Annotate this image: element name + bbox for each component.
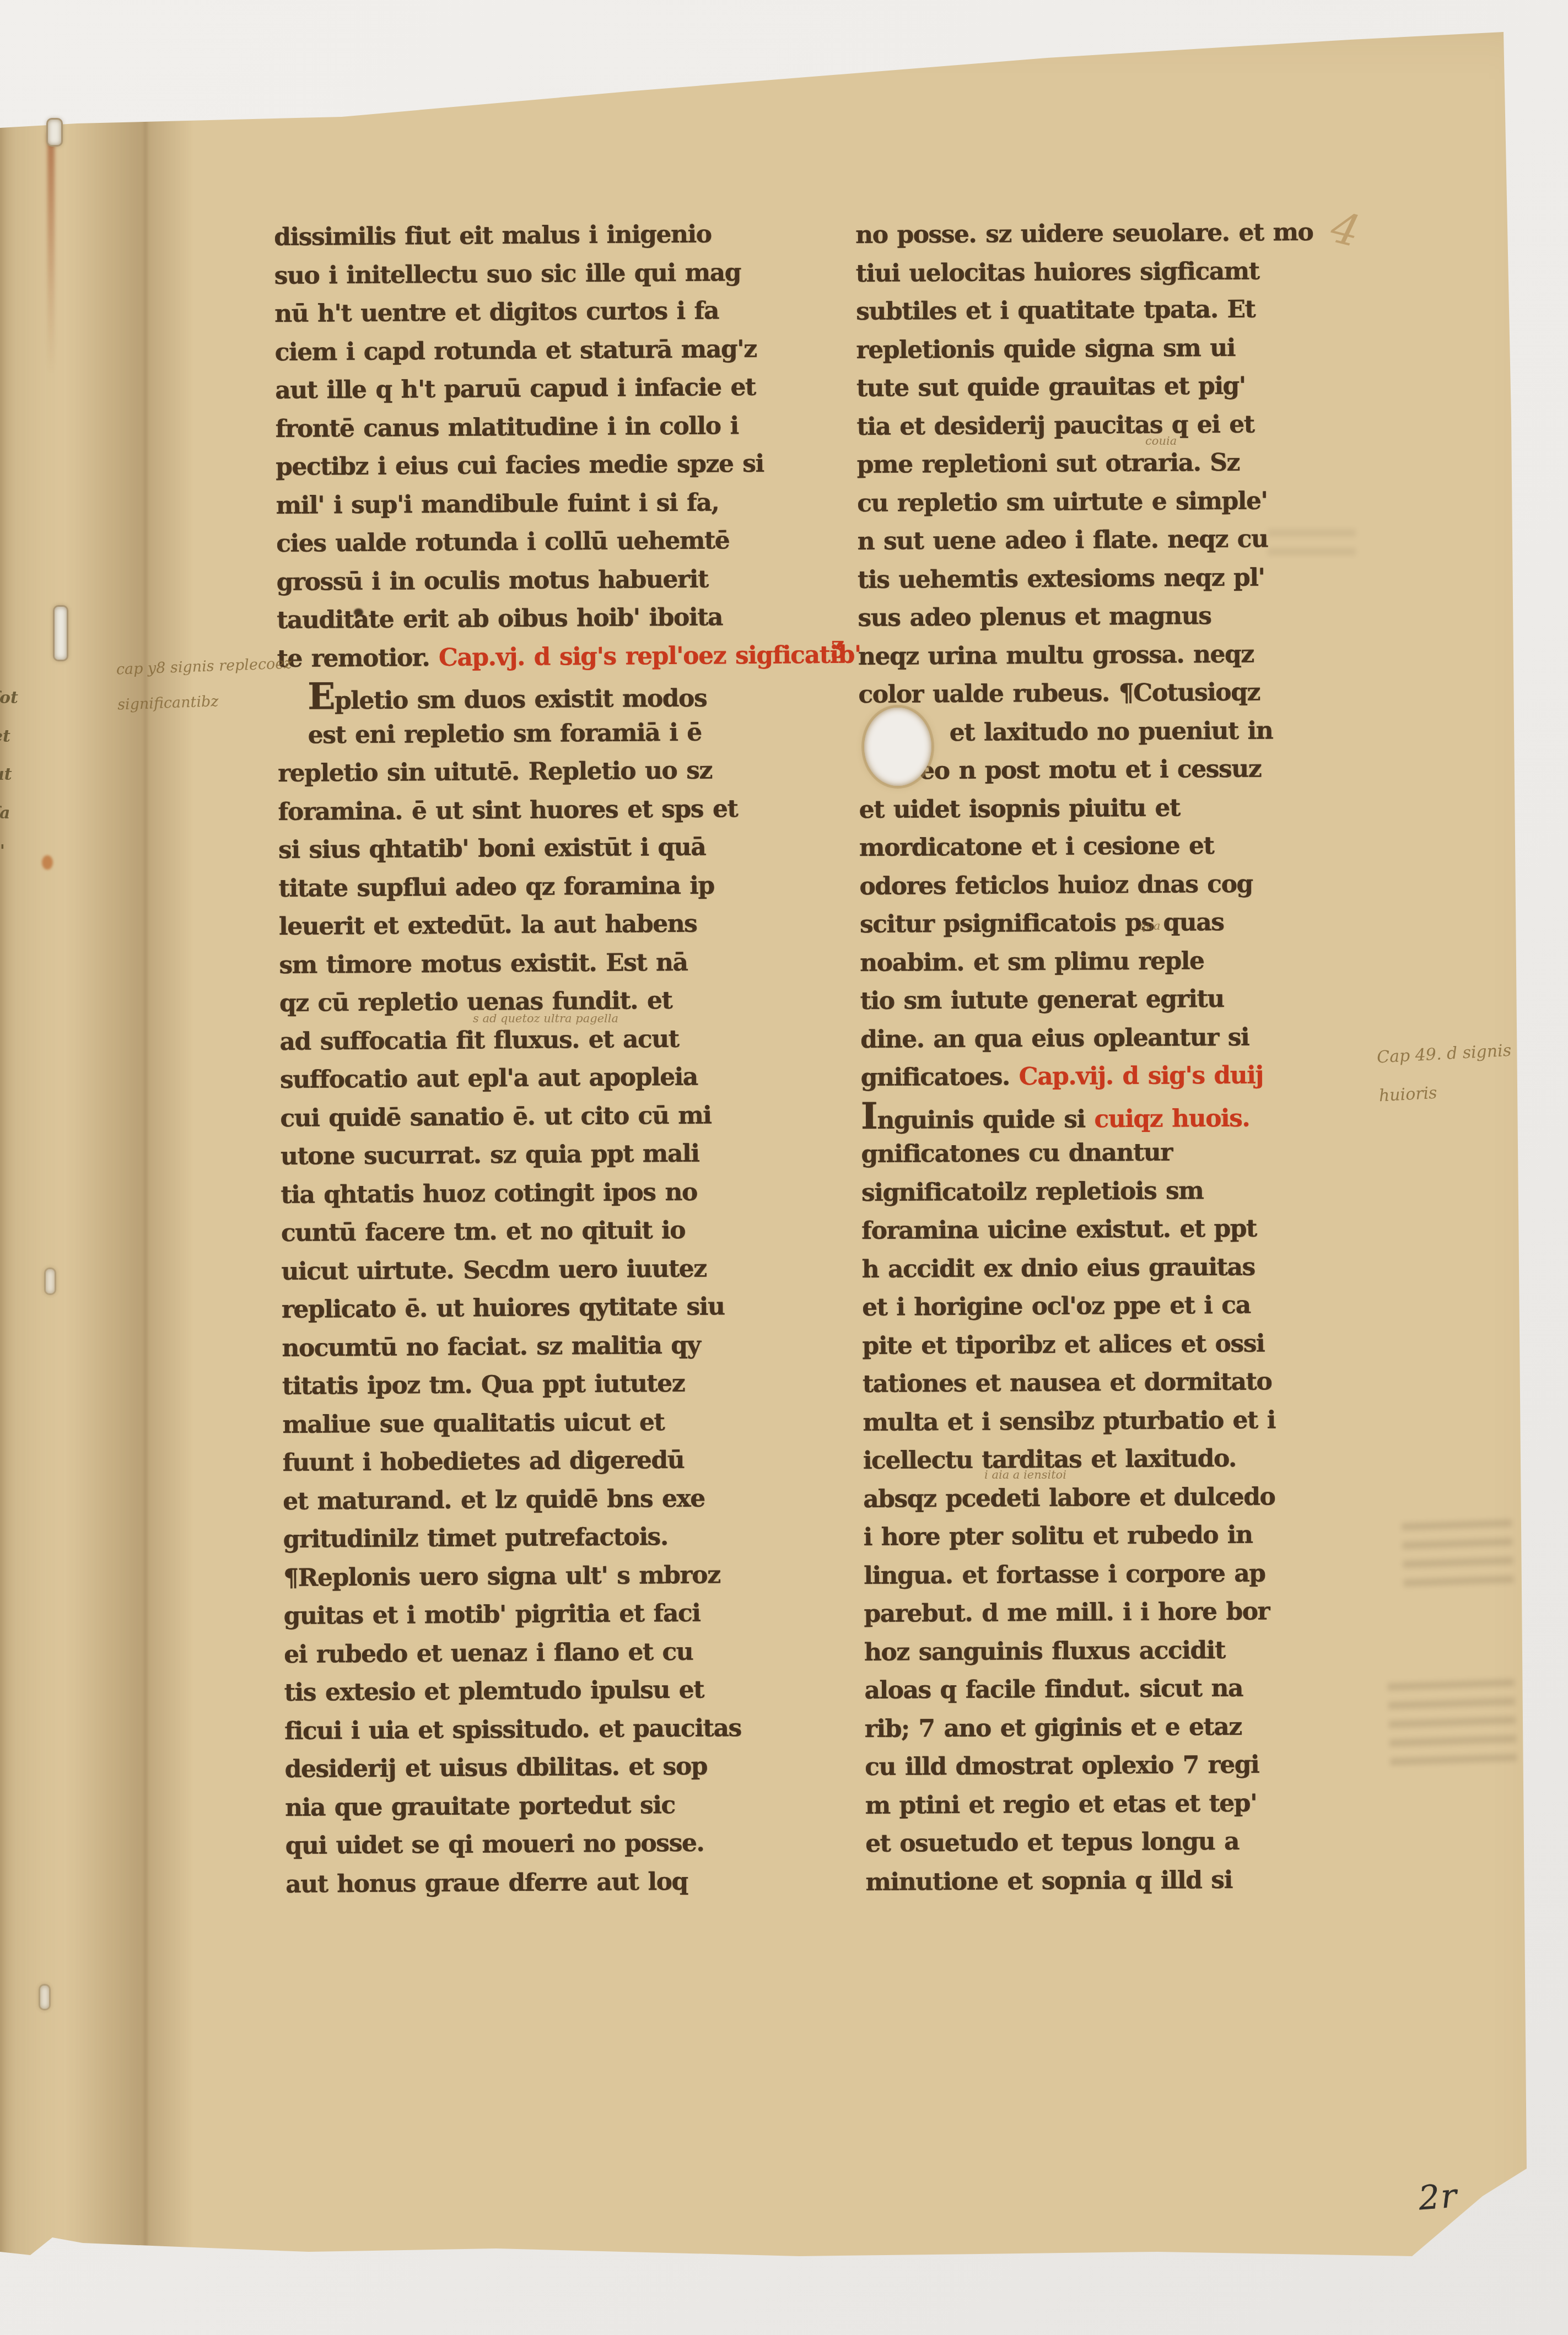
text-line: mordicatone et i cesione et <box>859 826 1410 867</box>
text-line: cu repletio sm uirtute e simple' <box>857 481 1408 522</box>
gutter-crease-line <box>144 118 147 2251</box>
text-line: n sut uene adeo i flate. neqz cu <box>857 519 1408 561</box>
text-line: fa <box>0 794 18 833</box>
text-line: gritudinilz timet putrefactois. <box>283 1517 861 1559</box>
text-line: ficui i uia et spissitudo. et paucitas <box>284 1708 863 1750</box>
text-line: cies ualde rotunda i collū uehemtē <box>276 521 855 563</box>
text-line: neqz urina multu grossa. neqz <box>858 634 1409 676</box>
text-line: parebut. d me mill. i i hore bor <box>864 1592 1415 1633</box>
stitching-slot <box>39 1984 51 2010</box>
gloss-line: huioris <box>1378 1070 1514 1116</box>
text-line: odores feticlos huioz dnas cog <box>859 864 1410 905</box>
text-line: et laxitudo no pueniut in <box>859 710 1410 752</box>
text-line: pme repletioni sut otraria. Sz <box>857 443 1408 484</box>
gloss-line: Cap 49. d signis <box>1376 1032 1512 1077</box>
scanned-manuscript-photo: dissimilis fiut eit malus i inigeniosuo … <box>0 0 1568 2335</box>
text-line: m ptini et regio et etas et tep' <box>865 1783 1416 1825</box>
text-line: aut ille q h't paruū capud i infacie et <box>275 368 854 410</box>
text-line: tute sut quide grauitas et pig' <box>856 366 1408 408</box>
text-line: tis uehemtis extesioms neqz pl' <box>858 557 1409 599</box>
text-line: ciem i capd rotunda et staturā mag'z <box>274 329 853 371</box>
text-line: et osuetudo et tepus longu a <box>865 1821 1416 1863</box>
text-line: pectibz i eius cui facies medie spze si <box>276 444 854 487</box>
text-line: i hore pter solitu et rubedo in <box>863 1515 1414 1557</box>
text-line: et maturand. et lz quidē bns exe <box>283 1478 861 1520</box>
text-line: gnificatoes. Cap.vij. d sig's duij <box>860 1055 1411 1097</box>
stitching-slot <box>46 118 63 147</box>
text-line: repletionis quide signa sm ui <box>856 327 1407 369</box>
text-line: absqz pcedeti labore et dulcedo <box>863 1476 1414 1518</box>
text-line: dine. an qua eius opleantur si <box>860 1017 1411 1059</box>
text-line: hoz sanguinis fluxus accidit <box>864 1630 1415 1671</box>
text-line: replicato ē. ut huiores qytitate siu <box>282 1287 860 1329</box>
text-line: titate supflui adeo qz foramina ip <box>278 865 857 908</box>
interlinear-gloss: s ad quetoz ultra pagella <box>473 1012 618 1025</box>
text-line: uicut uirtute. Secdm uero iuutez <box>281 1248 860 1291</box>
text-line: lingua. et fortasse i corpore ap <box>864 1553 1415 1595</box>
text-line: ut <box>0 756 18 794</box>
text-line: ei rubedo et uenaz i flano et cu <box>284 1631 863 1674</box>
text-line: suffocatio aut epl'a aut apopleia <box>280 1057 859 1099</box>
text-line: si sius qhtatib' boni existūt i quā <box>278 827 857 870</box>
text-line: aut honus graue dferre aut loq <box>285 1861 864 1903</box>
cut-off-edge-text-fragments: fotetutfat' <box>0 679 18 871</box>
text-line: noabim. et sm plimu reple <box>860 940 1411 982</box>
text-line: eo n post motu et i cessuz <box>859 749 1410 791</box>
text-line: nū h't uentre et digitos curtos i fa <box>274 291 853 333</box>
text-line: tis extesio et plemtudo ipulsu et <box>284 1670 863 1712</box>
text-line: significatoilz repletiois sm <box>861 1170 1413 1212</box>
text-line: minutione et sopnia q illd si <box>865 1859 1416 1901</box>
rust-stain-streak <box>47 131 55 374</box>
interlinear-gloss: i aia a iensitoi <box>984 1468 1066 1481</box>
text-line: fuunt i hobedietes ad digeredū <box>283 1440 861 1482</box>
text-line: icellectu tarditas et laxitudo. <box>863 1438 1414 1480</box>
text-line: desiderij et uisus dbilitas. et sop <box>284 1746 863 1789</box>
folio-number: 2r <box>1418 2177 1459 2218</box>
text-line: pite et tiporibz et alices et ossi <box>862 1323 1413 1365</box>
interlinear-gloss: qua <box>1139 919 1161 932</box>
text-line: scitur psignificatois ps quas <box>860 902 1411 944</box>
text-line: grossū i in oculis motus habuerit <box>276 559 855 601</box>
stitching-slot <box>53 605 68 661</box>
interlinear-gloss: couia <box>1145 434 1177 447</box>
text-column-left: dissimilis fiut eit malus i inigeniosuo … <box>274 214 864 1903</box>
text-line: ¶Replonis uero signa ult' s mbroz <box>283 1555 862 1597</box>
text-line: tationes et nausea et dormitato <box>863 1362 1414 1404</box>
text-line: tauditate erit ab oibus hoib' iboita <box>277 597 855 640</box>
text-line: rib; 7 ano et giginis et e etaz <box>865 1706 1416 1748</box>
text-line: utone sucurrat. sz quia ppt mali <box>281 1134 859 1176</box>
text-line: tiui uelocitas huiores sigficamt <box>855 251 1407 293</box>
right-margin-gloss: Cap 49. d signis huioris <box>1376 1032 1515 1116</box>
text-line: sus adeo plenus et magnus <box>858 596 1409 638</box>
text-line: qui uidet se qi moueri no posse. <box>285 1823 864 1865</box>
text-line: suo i initellectu suo sic ille qui mag <box>274 252 853 295</box>
binding-gutter-fold <box>66 116 193 2254</box>
text-line: cuntū facere tm. et no qituit io <box>281 1210 860 1253</box>
parchment-page: dissimilis fiut eit malus i inigeniosuo … <box>0 0 1568 2335</box>
text-line: repletio sin uitutē. Repletio uo sz <box>278 751 856 793</box>
text-line: et uidet isopnis piuitu et <box>859 787 1410 829</box>
text-line: cui quidē sanatio ē. ut cito cū mi <box>280 1095 859 1137</box>
text-line: fot <box>0 679 18 718</box>
text-line: frontē canus mlatitudine i in collo i <box>275 406 854 448</box>
text-line: color ualde rubeus. ¶Cotusioqz <box>858 672 1409 714</box>
text-line: subtiles et i quatitate tpata. Et <box>856 289 1407 331</box>
left-margin-gloss: cap y8 signis replecoez significantibz <box>116 646 294 722</box>
text-line: titatis ipoz tm. Qua ppt iututez <box>282 1363 861 1406</box>
text-line: tia et desiderij paucitas q ei et <box>856 404 1408 446</box>
text-line: mil' i sup'i mandibule fuint i si fa, <box>276 482 854 525</box>
text-line: nocumtū no faciat. sz malitia qy <box>282 1325 860 1367</box>
stitching-slot <box>44 1268 56 1295</box>
text-line: est eni repletio sm foramiā i ē <box>277 712 856 754</box>
text-line: cu illd dmostrat oplexio 7 regi <box>865 1745 1416 1787</box>
text-line: guitas et i motib' pigritia et faci <box>283 1593 862 1636</box>
text-line: dissimilis fiut eit malus i inigenio <box>274 214 853 257</box>
text-line: et i horigine ocl'oz ppe et i ca <box>862 1285 1413 1327</box>
text-line: h accidit ex dnio eius grauitas <box>861 1247 1413 1288</box>
verso-showthrough-smudge <box>1402 1519 1514 1589</box>
text-line: Epletio sm duos existit modos <box>277 674 856 716</box>
text-line: multa et i sensibz pturbatio et i <box>863 1400 1414 1442</box>
orange-stain-spot <box>42 855 53 870</box>
gloss-line: cap y8 signis replecoez <box>116 646 293 687</box>
text-line: t' <box>0 832 18 871</box>
gloss-line: significantibz <box>117 681 294 722</box>
text-line: tia qhtatis huoz cotingit ipos no <box>281 1172 859 1214</box>
text-line: tio sm iutute generat egritu <box>860 979 1411 1021</box>
text-line: foramina. ē ut sint huores et sps et <box>278 789 856 831</box>
text-column-right: no posse. sz uidere seuolare. et motiui … <box>855 213 1417 1901</box>
text-line: Inguinis quide si cuiqz huois. <box>861 1093 1412 1135</box>
red-paragraph-mark: ʒ <box>831 632 844 659</box>
text-line: gnificatones cu dnantur <box>861 1132 1412 1174</box>
text-line: foramina uicine existut. et ppt <box>861 1209 1413 1250</box>
text-line: maliue sue qualitatis uicut et <box>282 1401 861 1444</box>
text-line: leuerit et extedūt. la aut habens <box>279 904 858 946</box>
parchment-hole <box>864 708 931 786</box>
text-line: te remotior. Cap.vj. d sig's repl'oez si… <box>277 635 855 678</box>
text-line: sm timore motus existit. Est nā <box>279 942 858 984</box>
text-line: et <box>0 718 18 756</box>
text-line: no posse. sz uidere seuolare. et mo <box>855 213 1407 255</box>
text-line: nia que grauitate portedut sic <box>285 1784 864 1827</box>
text-line: aloas q facile findut. sicut na <box>864 1668 1415 1710</box>
